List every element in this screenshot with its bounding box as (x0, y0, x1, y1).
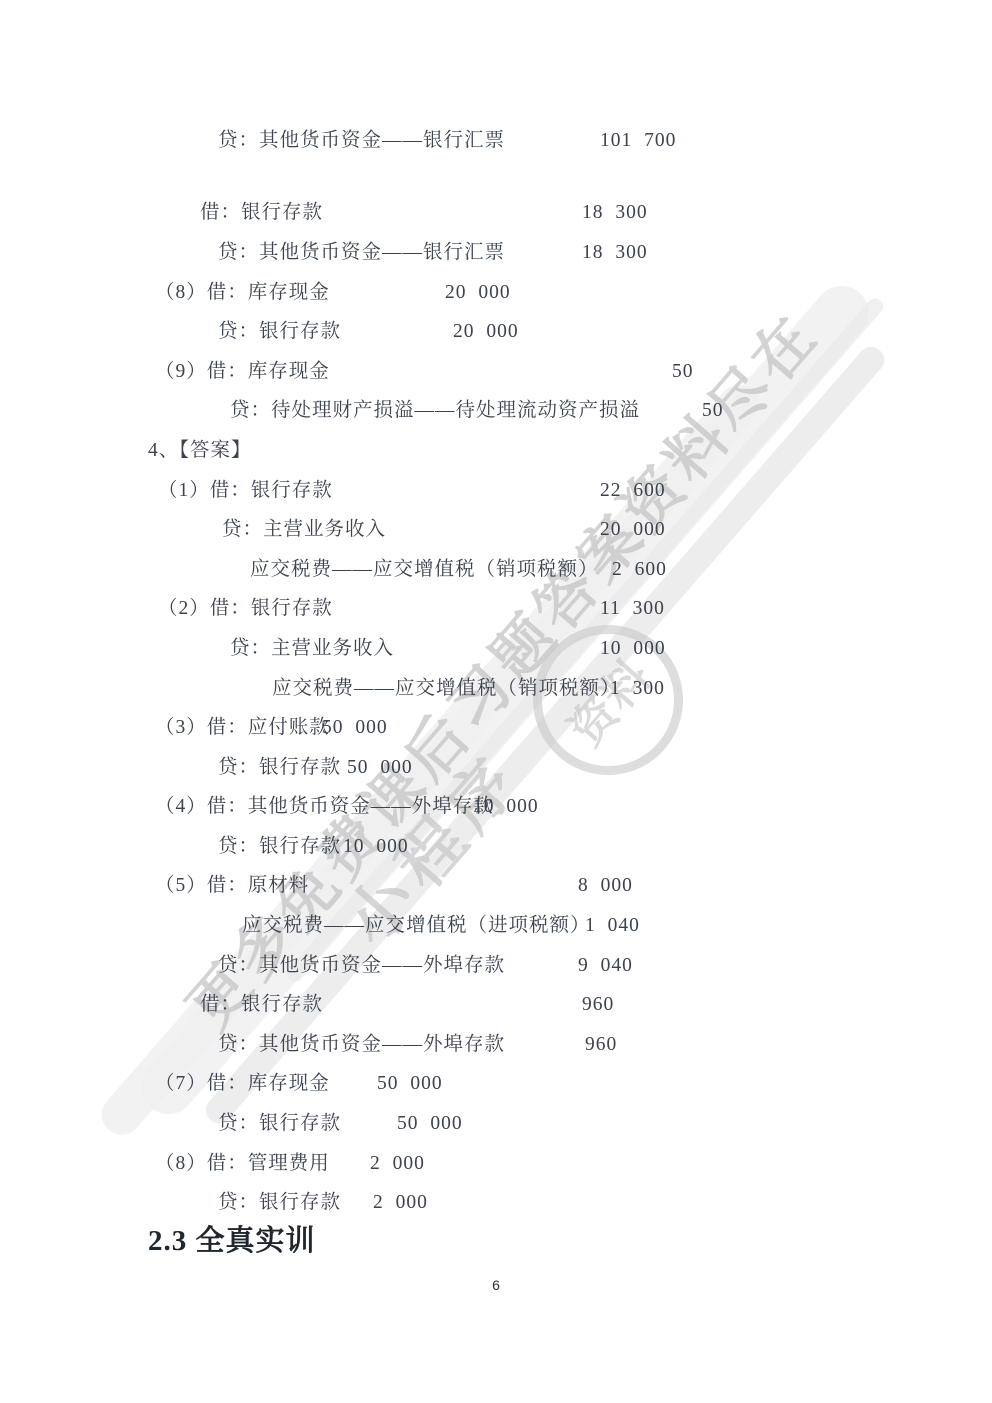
entry-amount: 20 000 (453, 319, 519, 345)
entry-text: 贷：待处理财产损溢——待处理流动资产损溢 (230, 398, 640, 424)
entry-text: 贷：银行存款 (218, 319, 341, 345)
journal-line: 贷：其他货币资金——外埠存款960 (0, 1032, 992, 1072)
entry-amount: 10 000 (473, 794, 539, 820)
journal-line: 应交税费——应交增值税（销项税额）2 600 (0, 557, 992, 597)
document-page: 更多免费课后习题答案资料尽在 小程序 资料 贷：其他货币资金——银行汇票101 … (0, 0, 992, 1403)
entry-text: （7）借：库存现金 (155, 1071, 330, 1097)
journal-line: 贷：银行存款10 000 (0, 834, 992, 874)
entry-amount: 50 (672, 359, 694, 385)
entry-text: 贷：其他货币资金——银行汇票 (218, 240, 505, 266)
entry-amount: 20 000 (600, 517, 666, 543)
entry-amount: 11 300 (600, 596, 665, 622)
entry-amount: 50 (702, 398, 724, 424)
journal-line: （8）借：管理费用2 000 (0, 1151, 992, 1191)
entry-text: 借：银行存款 (200, 992, 323, 1018)
journal-line: 贷：银行存款50 000 (0, 755, 992, 795)
journal-lines: 贷：其他货币资金——银行汇票101 700借：银行存款18 300贷：其他货币资… (0, 128, 992, 1230)
entry-amount: 50 000 (377, 1071, 443, 1097)
entry-text: 贷：银行存款 (218, 834, 341, 860)
entry-amount: 50 000 (322, 715, 388, 741)
entry-text: （8）借：库存现金 (155, 280, 330, 306)
journal-line: （7）借：库存现金50 000 (0, 1071, 992, 1111)
journal-line: （9）借：库存现金50 (0, 359, 992, 399)
journal-line: 贷：其他货币资金——银行汇票18 300 (0, 240, 992, 280)
entry-text: （1）借：银行存款 (158, 478, 333, 504)
journal-line: 贷：待处理财产损溢——待处理流动资产损溢50 (0, 398, 992, 438)
journal-line: 贷：其他货币资金——外埠存款9 040 (0, 953, 992, 993)
entry-text: 应交税费——应交增值税（销项税额） (250, 557, 599, 583)
journal-line: 贷：银行存款20 000 (0, 319, 992, 359)
entry-text: （4）借：其他货币资金——外埠存款 (155, 794, 494, 820)
entry-amount: 10 000 (600, 636, 666, 662)
entry-text: 贷：主营业务收入 (230, 636, 394, 662)
journal-line: 借：银行存款960 (0, 992, 992, 1032)
journal-line: 贷：主营业务收入10 000 (0, 636, 992, 676)
journal-line: 应交税费——应交增值税（销项税额）1 300 (0, 676, 992, 716)
journal-line: （8）借：库存现金20 000 (0, 280, 992, 320)
entry-text: 借：银行存款 (200, 200, 323, 226)
journal-line: 贷：主营业务收入20 000 (0, 517, 992, 557)
entry-text: （5）借：原材料 (155, 873, 309, 899)
entry-text: （2）借：银行存款 (158, 596, 333, 622)
journal-line: （1）借：银行存款22 600 (0, 478, 992, 518)
entry-text: 贷：银行存款 (218, 1190, 341, 1216)
entry-amount: 8 000 (578, 873, 633, 899)
entry-amount: 2 600 (612, 557, 667, 583)
entry-amount: 9 040 (578, 953, 633, 979)
entry-amount: 960 (585, 1032, 617, 1058)
entry-amount: 101 700 (600, 128, 676, 154)
entry-text: 贷：其他货币资金——银行汇票 (218, 128, 505, 154)
entry-text: 应交税费——应交增值税（进项税额） (242, 913, 591, 939)
journal-line: 4、【答案】 (0, 438, 992, 478)
journal-line: 贷：银行存款50 000 (0, 1111, 992, 1151)
journal-line: （5）借：原材料8 000 (0, 873, 992, 913)
journal-line: 贷：其他货币资金——银行汇票101 700 (0, 128, 992, 168)
entry-amount: 50 000 (397, 1111, 463, 1137)
page-number: 6 (0, 1277, 992, 1293)
journal-line: （3）借：应付账款50 000 (0, 715, 992, 755)
entry-text: （9）借：库存现金 (155, 359, 330, 385)
entry-amount: 50 000 (347, 755, 413, 781)
entry-text: 贷：其他货币资金——外埠存款 (218, 953, 505, 979)
journal-line: 借：银行存款18 300 (0, 200, 992, 240)
journal-line: （2）借：银行存款11 300 (0, 596, 992, 636)
entry-text: 贷：其他货币资金——外埠存款 (218, 1032, 505, 1058)
entry-text: 贷：主营业务收入 (222, 517, 386, 543)
entry-amount: 1 300 (610, 676, 665, 702)
entry-text: 应交税费——应交增值税（销项税额） (272, 676, 621, 702)
entry-amount: 1 040 (585, 913, 640, 939)
entry-text: 4、【答案】 (148, 438, 252, 464)
entry-text: （8）借：管理费用 (155, 1151, 330, 1177)
entry-amount: 960 (582, 992, 614, 1018)
entry-text: （3）借：应付账款 (155, 715, 330, 741)
entry-amount: 2 000 (373, 1190, 428, 1216)
entry-amount: 2 000 (370, 1151, 425, 1177)
section-heading: 2.3 全真实训 (148, 1218, 316, 1259)
journal-line: 应交税费——应交增值税（进项税额）1 040 (0, 913, 992, 953)
entry-amount: 22 600 (600, 478, 666, 504)
entry-amount: 20 000 (445, 280, 511, 306)
entry-text: 贷：银行存款 (218, 755, 341, 781)
entry-amount: 18 300 (582, 200, 648, 226)
entry-amount: 18 300 (582, 240, 648, 266)
entry-amount: 10 000 (343, 834, 409, 860)
journal-line: （4）借：其他货币资金——外埠存款10 000 (0, 794, 992, 834)
entry-text: 贷：银行存款 (218, 1111, 341, 1137)
